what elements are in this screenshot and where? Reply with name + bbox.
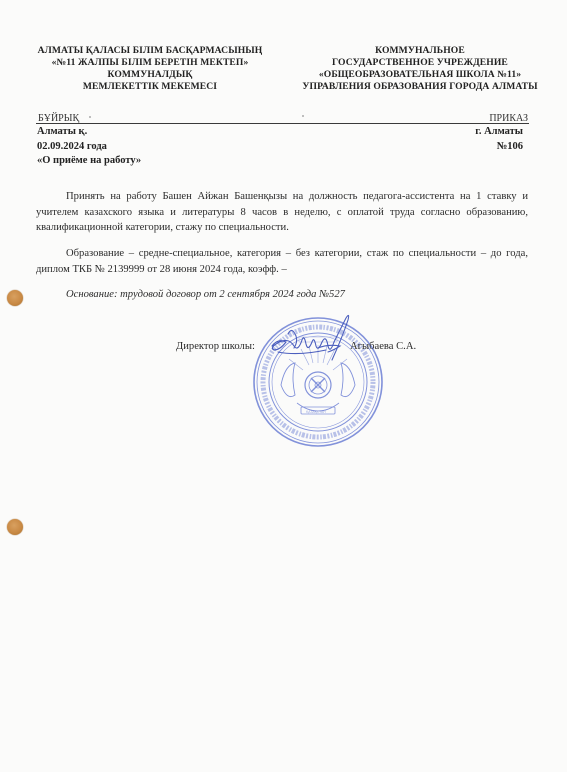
header-ru: КОММУНАЛЬНОЕ ГОСУДАРСТВЕННОЕ УЧРЕЖДЕНИЕ …	[300, 45, 540, 93]
header-kz-line-1: АЛМАТЫ ҚАЛАСЫ БІЛІМ БАСҚАРМАСЫНЫҢ	[30, 45, 270, 57]
city-kz: Алматы қ.	[37, 125, 141, 140]
order-meta-right: г. Алматы №106	[475, 125, 523, 154]
signature-line: Директор школы: Агыбаева С.А.	[176, 341, 255, 352]
header-kz-line-2: «№11 ЖАЛПЫ БІЛІМ БЕРЕТІН МЕКТЕП»	[30, 57, 270, 69]
order-meta-left: Алматы қ. 02.09.2024 года «О приёме на р…	[37, 125, 141, 169]
body-paragraph-hire: Принять на работу Башен Айжан Башенқызы …	[36, 189, 528, 236]
header-kz-line-4: МЕМЛЕКЕТТІК МЕКЕМЕСІ	[30, 81, 270, 93]
order-subject: «О приёме на работу»	[37, 154, 141, 169]
handwritten-signature-icon	[268, 312, 358, 372]
header-kz: АЛМАТЫ ҚАЛАСЫ БІЛІМ БАСҚАРМАСЫНЫҢ «№11 Ж…	[30, 45, 270, 93]
header-ru-line-4: УПРАВЛЕНИЯ ОБРАЗОВАНИЯ ГОРОДА АЛМАТЫ	[300, 81, 540, 93]
city-ru: г. Алматы	[475, 125, 523, 140]
signatory-name: Агыбаева С.А.	[350, 341, 416, 352]
header-ru-line-3: «ОБЩЕОБРАЗОВАТЕЛЬНАЯ ШКОЛА №11»	[300, 69, 540, 81]
header-kz-line-3: КОММУНАЛДЫҚ	[30, 69, 270, 81]
header-ru-line-2: ГОСУДАРСТВЕННОЕ УЧРЕЖДЕНИЕ	[300, 57, 540, 69]
punch-hole-icon	[7, 519, 23, 535]
document-page: АЛМАТЫ ҚАЛАСЫ БІЛІМ БАСҚАРМАСЫНЫҢ «№11 Ж…	[0, 0, 567, 772]
basis-line: Основание: трудовой договор от 2 сентябр…	[66, 289, 345, 300]
signatory-title: Директор школы:	[176, 341, 255, 352]
body-paragraph-education: Образование – средне-специальное, катего…	[36, 246, 528, 277]
header-ru-line-1: КОММУНАЛЬНОЕ	[300, 45, 540, 57]
scan-speck	[89, 116, 91, 118]
punch-hole-icon	[7, 290, 23, 306]
scan-speck	[302, 115, 304, 117]
order-date: 02.09.2024 года	[37, 140, 141, 155]
stamp-inner-text: ҚАЗАҚСТАН	[306, 410, 326, 414]
order-number: №106	[475, 140, 523, 155]
